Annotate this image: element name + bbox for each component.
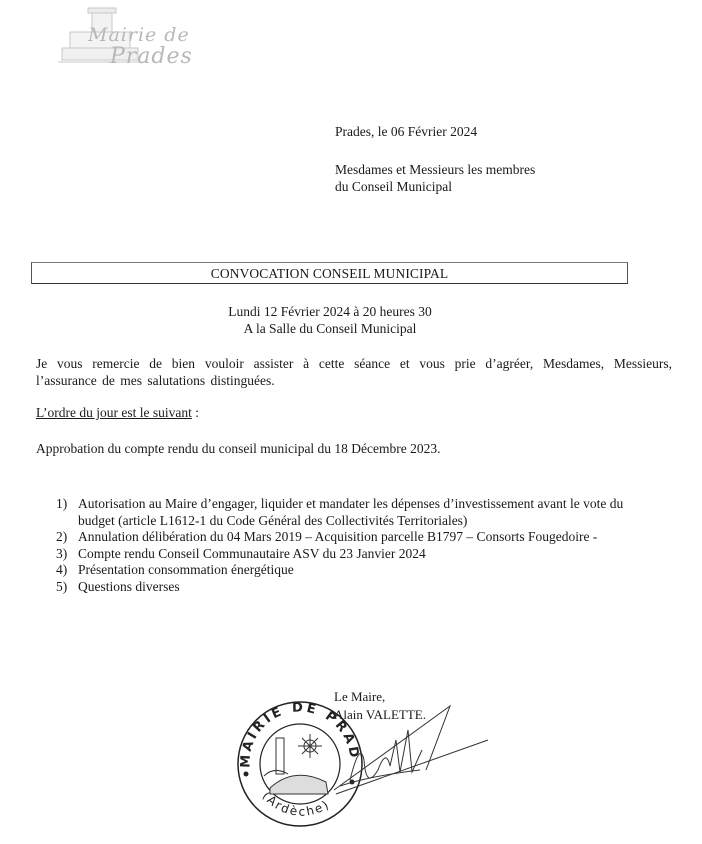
- agenda-item-text: Autorisation au Maire d’engager, liquide…: [78, 496, 623, 528]
- approval-item: Approbation du compte rendu du conseil m…: [36, 441, 441, 457]
- meeting-details: Lundi 12 Février 2024 à 20 heures 30 A l…: [0, 303, 660, 337]
- meeting-location: A la Salle du Conseil Municipal: [0, 320, 660, 337]
- recipient-line-1: Mesdames et Messieurs les membres: [335, 161, 535, 178]
- letter-date: Prades, le 06 Février 2024: [335, 124, 477, 140]
- agenda-heading-text: L’ordre du jour est le suivant: [36, 405, 192, 420]
- agenda-item-number: 4): [56, 562, 67, 579]
- agenda-heading: L’ordre du jour est le suivant :: [36, 405, 199, 421]
- meeting-datetime: Lundi 12 Février 2024 à 20 heures 30: [0, 303, 660, 320]
- document-title-box: CONVOCATION CONSEIL MUNICIPAL: [31, 262, 628, 284]
- agenda-item-text: Présentation consommation énergétique: [78, 562, 294, 577]
- agenda-item-text: Annulation délibération du 04 Mars 2019 …: [78, 529, 597, 544]
- agenda-item: 4)Présentation consommation énergétique: [56, 562, 656, 579]
- invitation-paragraph: Je vous remercie de bien vouloir assiste…: [36, 355, 672, 389]
- agenda-item-number: 3): [56, 546, 67, 563]
- recipient-block: Mesdames et Messieurs les membres du Con…: [335, 161, 535, 195]
- agenda-heading-colon: :: [192, 405, 199, 420]
- town-hall-logo: Mairie de Prades: [50, 4, 210, 74]
- document-title: CONVOCATION CONSEIL MUNICIPAL: [32, 266, 627, 282]
- agenda-item: 5)Questions diverses: [56, 579, 656, 596]
- handwritten-signature-icon: [330, 700, 500, 800]
- logo-text-line2: Prades: [110, 44, 193, 69]
- agenda-item-text: Questions diverses: [78, 579, 180, 594]
- recipient-line-2: du Conseil Municipal: [335, 178, 535, 195]
- agenda-item-text: Compte rendu Conseil Communautaire ASV d…: [78, 546, 426, 561]
- agenda-item: 1)Autorisation au Maire d’engager, liqui…: [56, 496, 656, 529]
- logo-text-line1: Mairie de: [88, 24, 190, 46]
- agenda-item: 3)Compte rendu Conseil Communautaire ASV…: [56, 546, 656, 563]
- agenda-list: 1)Autorisation au Maire d’engager, liqui…: [56, 496, 656, 595]
- agenda-item-number: 1): [56, 496, 67, 513]
- agenda-item-number: 5): [56, 579, 67, 596]
- agenda-item-number: 2): [56, 529, 67, 546]
- agenda-item: 2)Annulation délibération du 04 Mars 201…: [56, 529, 656, 546]
